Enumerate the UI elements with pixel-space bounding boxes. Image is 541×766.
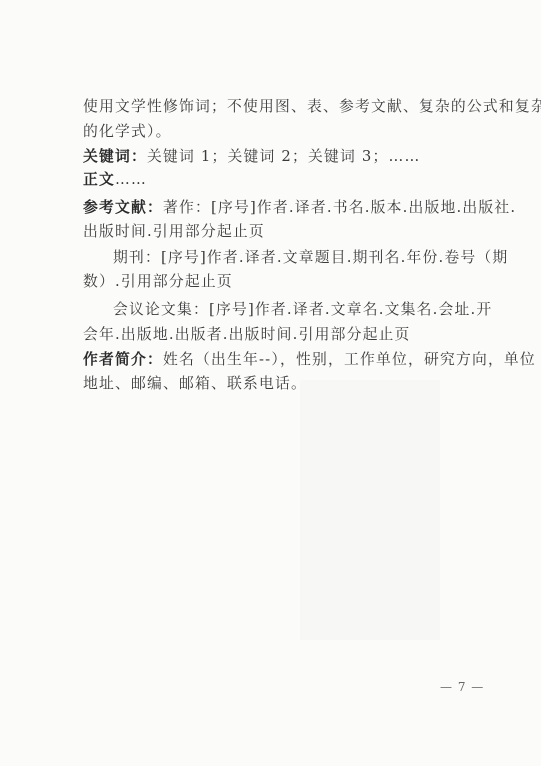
- abstract-continuation-line-1: 使用文学性修饰词；不使用图、表、参考文献、复杂的公式和复杂: [83, 97, 498, 117]
- text: 使用文学性修饰词；不使用图、表、参考文献、复杂的公式和复杂: [83, 98, 541, 115]
- text: 期刊：[序号]作者.译者.文章题目.期刊名.年份.卷号（期: [113, 249, 508, 266]
- journal-line-1: 期刊：[序号]作者.译者.文章题目.期刊名.年份.卷号（期: [113, 248, 528, 268]
- author-bio-label: 作者简介：: [83, 351, 163, 368]
- text: 地址、邮编、邮箱、联系电话。: [83, 375, 307, 392]
- journal-line-2: 数）.引用部分起止页: [83, 272, 498, 292]
- proceedings-line-1: 会议论文集：[序号]作者.译者.文章名.文集名.会址.开: [113, 300, 528, 320]
- body-value: ……: [115, 171, 147, 188]
- references-label: 参考文献：: [83, 199, 163, 216]
- bleed-through-shadow: [300, 380, 440, 640]
- references-line-1: 参考文献：著作：[序号]作者.译者.书名.版本.出版地.出版社.: [83, 198, 498, 218]
- text: 出版时间.引用部分起止页: [83, 223, 265, 240]
- references-books: 著作：[序号]作者.译者.书名.版本.出版地.出版社.: [163, 199, 516, 216]
- text: 数）.引用部分起止页: [83, 273, 233, 290]
- keywords-value: 关键词 1；关键词 2；关键词 3；……: [147, 148, 421, 165]
- page-number: — 7 —: [440, 680, 484, 694]
- author-bio-line-2: 地址、邮编、邮箱、联系电话。: [83, 374, 498, 394]
- body-line: 正文……: [83, 170, 498, 190]
- body-label: 正文: [83, 171, 115, 188]
- keywords-line: 关键词：关键词 1；关键词 2；关键词 3；……: [83, 147, 498, 167]
- text: 会议论文集：[序号]作者.译者.文章名.文集名.会址.开: [113, 301, 492, 318]
- author-bio-line-1: 作者简介：姓名（出生年--），性别，工作单位，研究方向，单位: [83, 350, 498, 370]
- keywords-label: 关键词：: [83, 148, 147, 165]
- abstract-continuation-line-2: 的化学式）。: [83, 122, 498, 142]
- text: 的化学式）。: [83, 123, 172, 140]
- author-bio-value: 姓名（出生年--），性别，工作单位，研究方向，单位: [163, 351, 536, 368]
- document-page: 使用文学性修饰词；不使用图、表、参考文献、复杂的公式和复杂 的化学式）。 关键词…: [0, 0, 541, 766]
- text: 会年.出版地.出版者.出版时间.引用部分起止页: [83, 326, 411, 343]
- proceedings-line-2: 会年.出版地.出版者.出版时间.引用部分起止页: [83, 325, 498, 345]
- references-line-2: 出版时间.引用部分起止页: [83, 222, 498, 242]
